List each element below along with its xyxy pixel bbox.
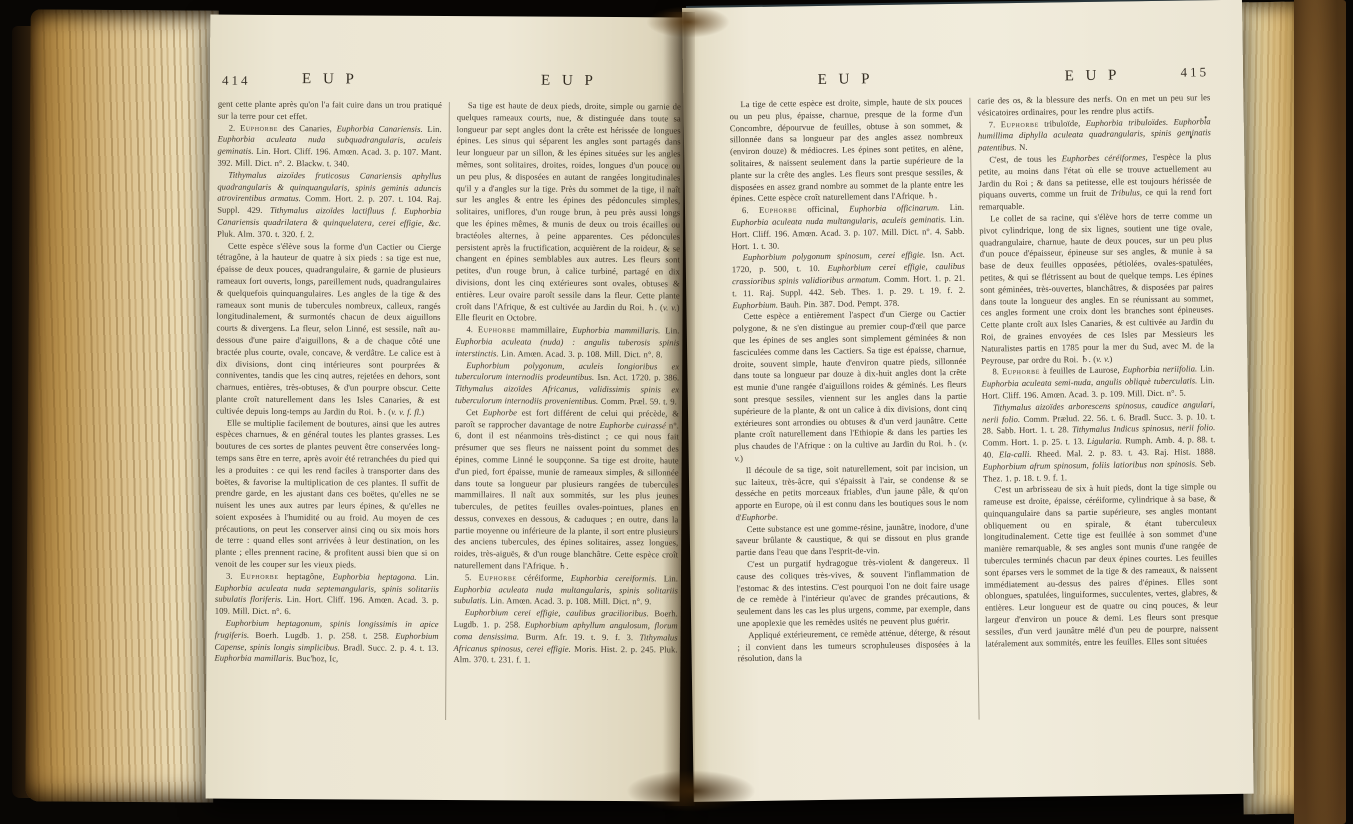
book-cover-right xyxy=(1294,0,1346,824)
paragraph: Tithymalus aizoïdes fruticosus Canariens… xyxy=(217,169,441,241)
paragraph: C'est un purgatif hydragogue très-violen… xyxy=(736,556,970,630)
text-column: gent cette plante après qu'on l'a fait c… xyxy=(214,99,441,667)
paragraph: Cet Euphorbe est fort différent de celui… xyxy=(454,407,679,574)
paragraph: Tithymalus aizoïdes arborescens spinosus… xyxy=(982,399,1216,485)
text-column: Sa tige est haute de deux pieds, droite,… xyxy=(453,100,680,668)
paragraph: 7. Euphorbe tribuloïde, Euphorbia tribul… xyxy=(978,116,1211,155)
gutter-stain-top xyxy=(646,6,730,38)
photo-background: 414 E U P E U P gent cette plante après … xyxy=(0,0,1353,824)
text-columns: gent cette plante après qu'on l'a fait c… xyxy=(214,99,681,722)
paragraph: Euphorbium cerei effigie, caulibus graci… xyxy=(453,607,677,667)
paragraph: Sa tige est haute de deux pieds, droite,… xyxy=(456,100,681,326)
paragraph: 6. Euphorbe officinal, Euphorbia officin… xyxy=(731,202,965,253)
ink-speck xyxy=(1205,116,1207,118)
running-title: E U P xyxy=(218,71,442,89)
text-column: carie des os, & la blessure des nerfs. O… xyxy=(977,92,1218,650)
text-column: La tige de cette espèce est droite, simp… xyxy=(729,96,970,666)
paragraph: 2. Euphorbe des Canaries, Euphorbia Cana… xyxy=(217,122,441,171)
paragraph: Elle se multiplie facilement de boutures… xyxy=(215,417,440,572)
paragraph: Il découle de sa tige, soit naturellemen… xyxy=(735,462,969,524)
paragraph: C'est un arbrisseau de six à huit pieds,… xyxy=(983,481,1218,650)
paragraph: Appliqué extérieurement, ce remède attén… xyxy=(737,627,970,666)
book-fore-edge-left xyxy=(25,9,219,802)
paragraph: C'est, de tous les Euphorbes céréiformes… xyxy=(978,151,1212,213)
paragraph: 4. Euphorbe mammillaire, Euphorbia mammi… xyxy=(455,324,679,361)
column-divider-rule xyxy=(445,102,450,720)
paragraph: 3. Euphorbe heptagône, Euphorbia heptago… xyxy=(215,570,439,619)
paragraph: Cette espèce a entièrement l'aspect d'un… xyxy=(733,308,968,465)
paragraph: 8. Euphorbe à feuilles de Laurose, Eupho… xyxy=(981,363,1214,402)
text-columns: La tige de cette espèce est droite, simp… xyxy=(729,92,1219,723)
paragraph: Euphorbium polygonum, aculeis longioribu… xyxy=(455,360,679,409)
paragraph: Euphorbium heptagonum, spinis longissimi… xyxy=(214,618,438,667)
page-number: 415 xyxy=(1139,64,1209,81)
paragraph: Le collet de sa racine, qui s'élève hors… xyxy=(979,210,1214,367)
gutter-stain-bottom xyxy=(626,770,756,812)
running-title: E U P xyxy=(729,70,962,90)
paragraph: Cette substance est une gomme-résine, ja… xyxy=(736,520,969,559)
paragraph: carie des os, & la blessure des nerfs. O… xyxy=(977,92,1210,119)
paragraph: 5. Euphorbe céréiforme, Euphorbia cereif… xyxy=(454,572,678,609)
paragraph: Euphorbium polygonum spinosum, cerei eff… xyxy=(732,249,966,311)
paragraph: La tige de cette espèce est droite, simp… xyxy=(729,96,964,206)
page-left: 414 E U P E U P gent cette plante après … xyxy=(206,15,685,802)
page-right: E U P E U P 415 La tige de cette espèce … xyxy=(682,0,1254,802)
running-title: E U P xyxy=(457,72,681,90)
paragraph: gent cette plante après qu'on l'a fait c… xyxy=(218,99,442,124)
paragraph: Cette espèce s'élève sous la forme d'un … xyxy=(216,240,441,418)
book-gutter-shadow xyxy=(663,12,695,806)
ink-speck xyxy=(1190,135,1192,138)
